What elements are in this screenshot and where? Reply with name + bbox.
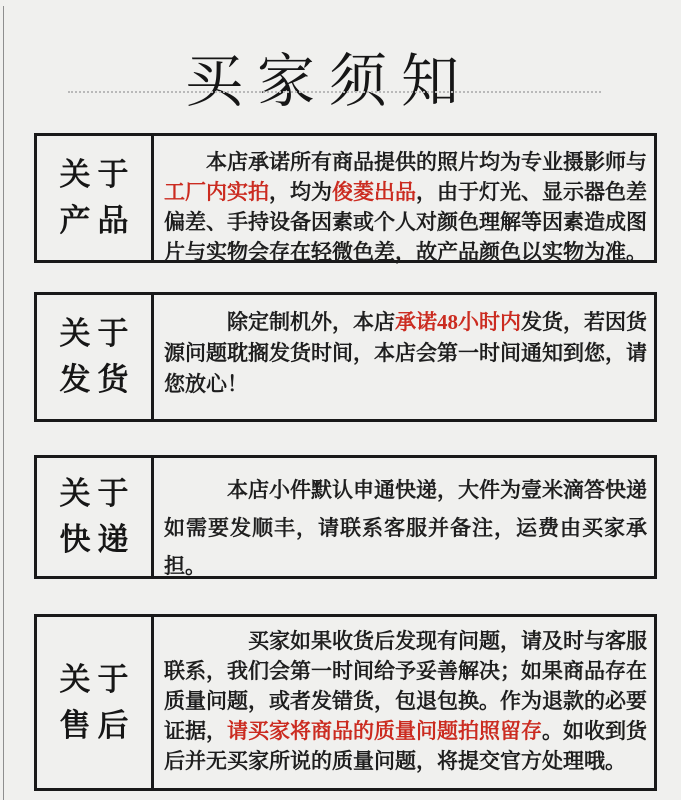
section-about-aftersales: 关于 售后 买家如果收货后发现有问题，请及时与客服联系，我们会第一时间给予妥善解… xyxy=(34,614,657,791)
label-line-2: 售后 xyxy=(53,703,136,749)
section-text-product: 本店承诺所有商品提供的照片均为专业摄影师与工厂内实拍，均为俊菱出品，由于灯光、显… xyxy=(154,136,654,260)
left-edge-line xyxy=(3,6,4,800)
section-label-shipping: 关于 发货 xyxy=(37,295,154,419)
label-line-1: 关于 xyxy=(53,657,136,703)
section-text-express: 本店小件默认申通快递，大件为壹米滴答快递如需要发顺丰，请联系客服并备注，运费由买… xyxy=(154,458,654,576)
buyer-notice-page: 买家须知 关于 产品 本店承诺所有商品提供的照片均为专业摄影师与工厂内实拍，均为… xyxy=(0,0,681,800)
dotted-divider xyxy=(68,91,601,93)
label-line-1: 关于 xyxy=(53,471,136,517)
section-about-express: 关于 快递 本店小件默认申通快递，大件为壹米滴答快递如需要发顺丰，请联系客服并备… xyxy=(34,455,657,579)
page-title: 买家须知 xyxy=(0,41,658,123)
label-line-2: 快递 xyxy=(53,517,136,563)
label-line-2: 产品 xyxy=(53,198,136,244)
section-text-shipping: 除定制机外，本店承诺48小时内发货，若因货源问题耽搁发货时间，本店会第一时间通知… xyxy=(154,295,654,419)
section-label-aftersales: 关于 售后 xyxy=(37,617,154,788)
section-label-express: 关于 快递 xyxy=(37,458,154,576)
label-line-1: 关于 xyxy=(53,152,136,198)
section-text-aftersales: 买家如果收货后发现有问题，请及时与客服联系，我们会第一时间给予妥善解决；如果商品… xyxy=(154,617,654,788)
label-line-1: 关于 xyxy=(53,311,136,357)
section-about-shipping: 关于 发货 除定制机外，本店承诺48小时内发货，若因货源问题耽搁发货时间，本店会… xyxy=(34,292,657,422)
section-label-product: 关于 产品 xyxy=(37,136,154,260)
label-line-2: 发货 xyxy=(53,357,136,403)
section-about-product: 关于 产品 本店承诺所有商品提供的照片均为专业摄影师与工厂内实拍，均为俊菱出品，… xyxy=(34,133,657,263)
